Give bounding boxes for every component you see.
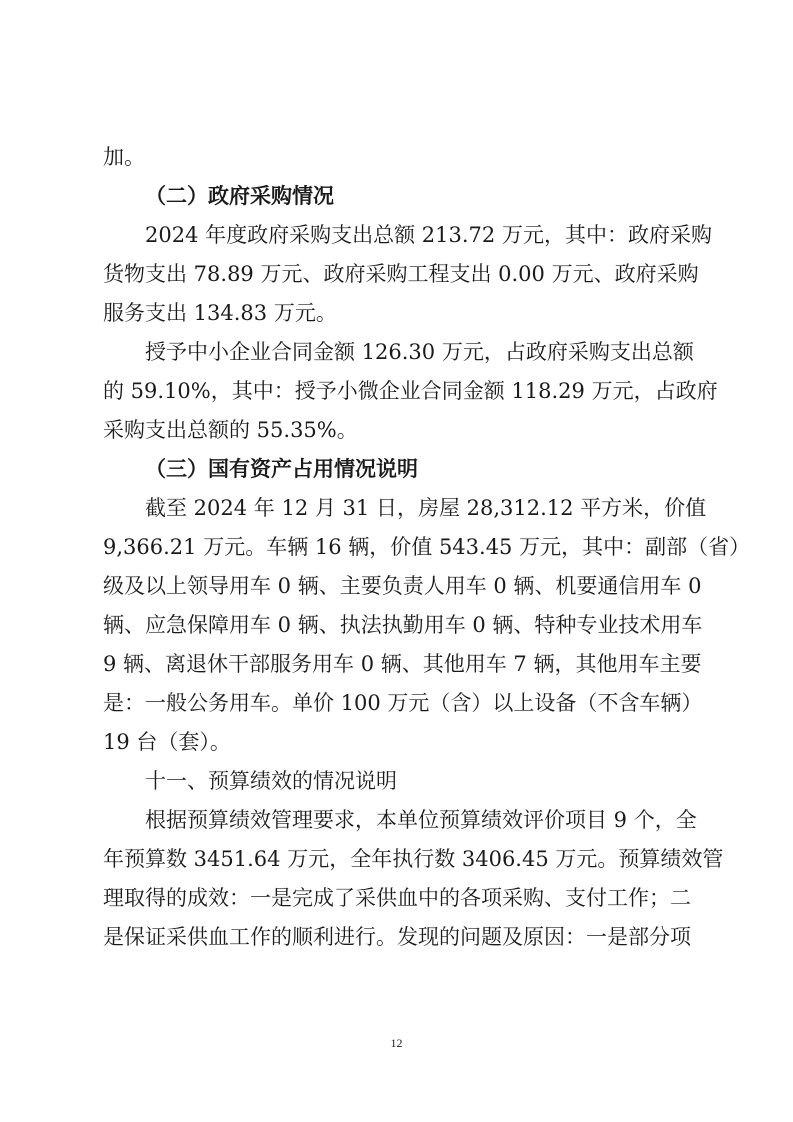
paragraph-line: 2024 年度政府采购支出总额 213.72 万元，其中：政府采购 bbox=[103, 216, 691, 255]
paragraph-line: 是保证采供血工作的顺利进行。发现的问题及原因：一是部分项 bbox=[103, 918, 691, 957]
paragraph-line: 货物支出 78.89 万元、政府采购工程支出 0.00 万元、政府采购 bbox=[103, 255, 691, 294]
paragraph-line: 采购支出总额的 55.35%。 bbox=[103, 411, 691, 450]
section-heading-state-assets: （三）国有资产占用情况说明 bbox=[103, 450, 691, 489]
section-title-budget-performance: 十一、预算绩效的情况说明 bbox=[103, 762, 691, 801]
paragraph-line: 年预算数 3451.64 万元，全年执行数 3406.45 万元。预算绩效管 bbox=[103, 840, 691, 879]
paragraph-line: 根据预算绩效管理要求，本单位预算绩效评价项目 9 个，全 bbox=[103, 801, 691, 840]
paragraph-line: 9,366.21 万元。车辆 16 辆，价值 543.45 万元，其中：副部（省… bbox=[103, 528, 691, 567]
paragraph-line: 截至 2024 年 12 月 31 日，房屋 28,312.12 平方米，价值 bbox=[103, 489, 691, 528]
paragraph-line: 授予中小企业合同金额 126.30 万元，占政府采购支出总额 bbox=[103, 333, 691, 372]
paragraph-line: 9 辆、离退休干部服务用车 0 辆、其他用车 7 辆，其他用车主要 bbox=[103, 645, 691, 684]
paragraph-line: 辆、应急保障用车 0 辆、执法执勤用车 0 辆、特种专业技术用车 bbox=[103, 606, 691, 645]
section-heading-government-procurement: （二）政府采购情况 bbox=[103, 177, 691, 216]
paragraph-line: 的 59.10%，其中：授予小微企业合同金额 118.29 万元，占政府 bbox=[103, 372, 691, 411]
paragraph-line: 加。 bbox=[103, 138, 691, 177]
paragraph-line: 19 台（套）。 bbox=[103, 723, 691, 762]
paragraph-line: 是：一般公务用车。单价 100 万元（含）以上设备（不含车辆） bbox=[103, 684, 691, 723]
page-number: 12 bbox=[0, 1036, 793, 1051]
paragraph-line: 级及以上领导用车 0 辆、主要负责人用车 0 辆、机要通信用车 0 bbox=[103, 567, 691, 606]
paragraph-line: 服务支出 134.83 万元。 bbox=[103, 294, 691, 333]
paragraph-line: 理取得的成效：一是完成了采供血中的各项采购、支付工作；二 bbox=[103, 879, 691, 918]
document-page: 加。 （二）政府采购情况 2024 年度政府采购支出总额 213.72 万元，其… bbox=[103, 138, 691, 957]
